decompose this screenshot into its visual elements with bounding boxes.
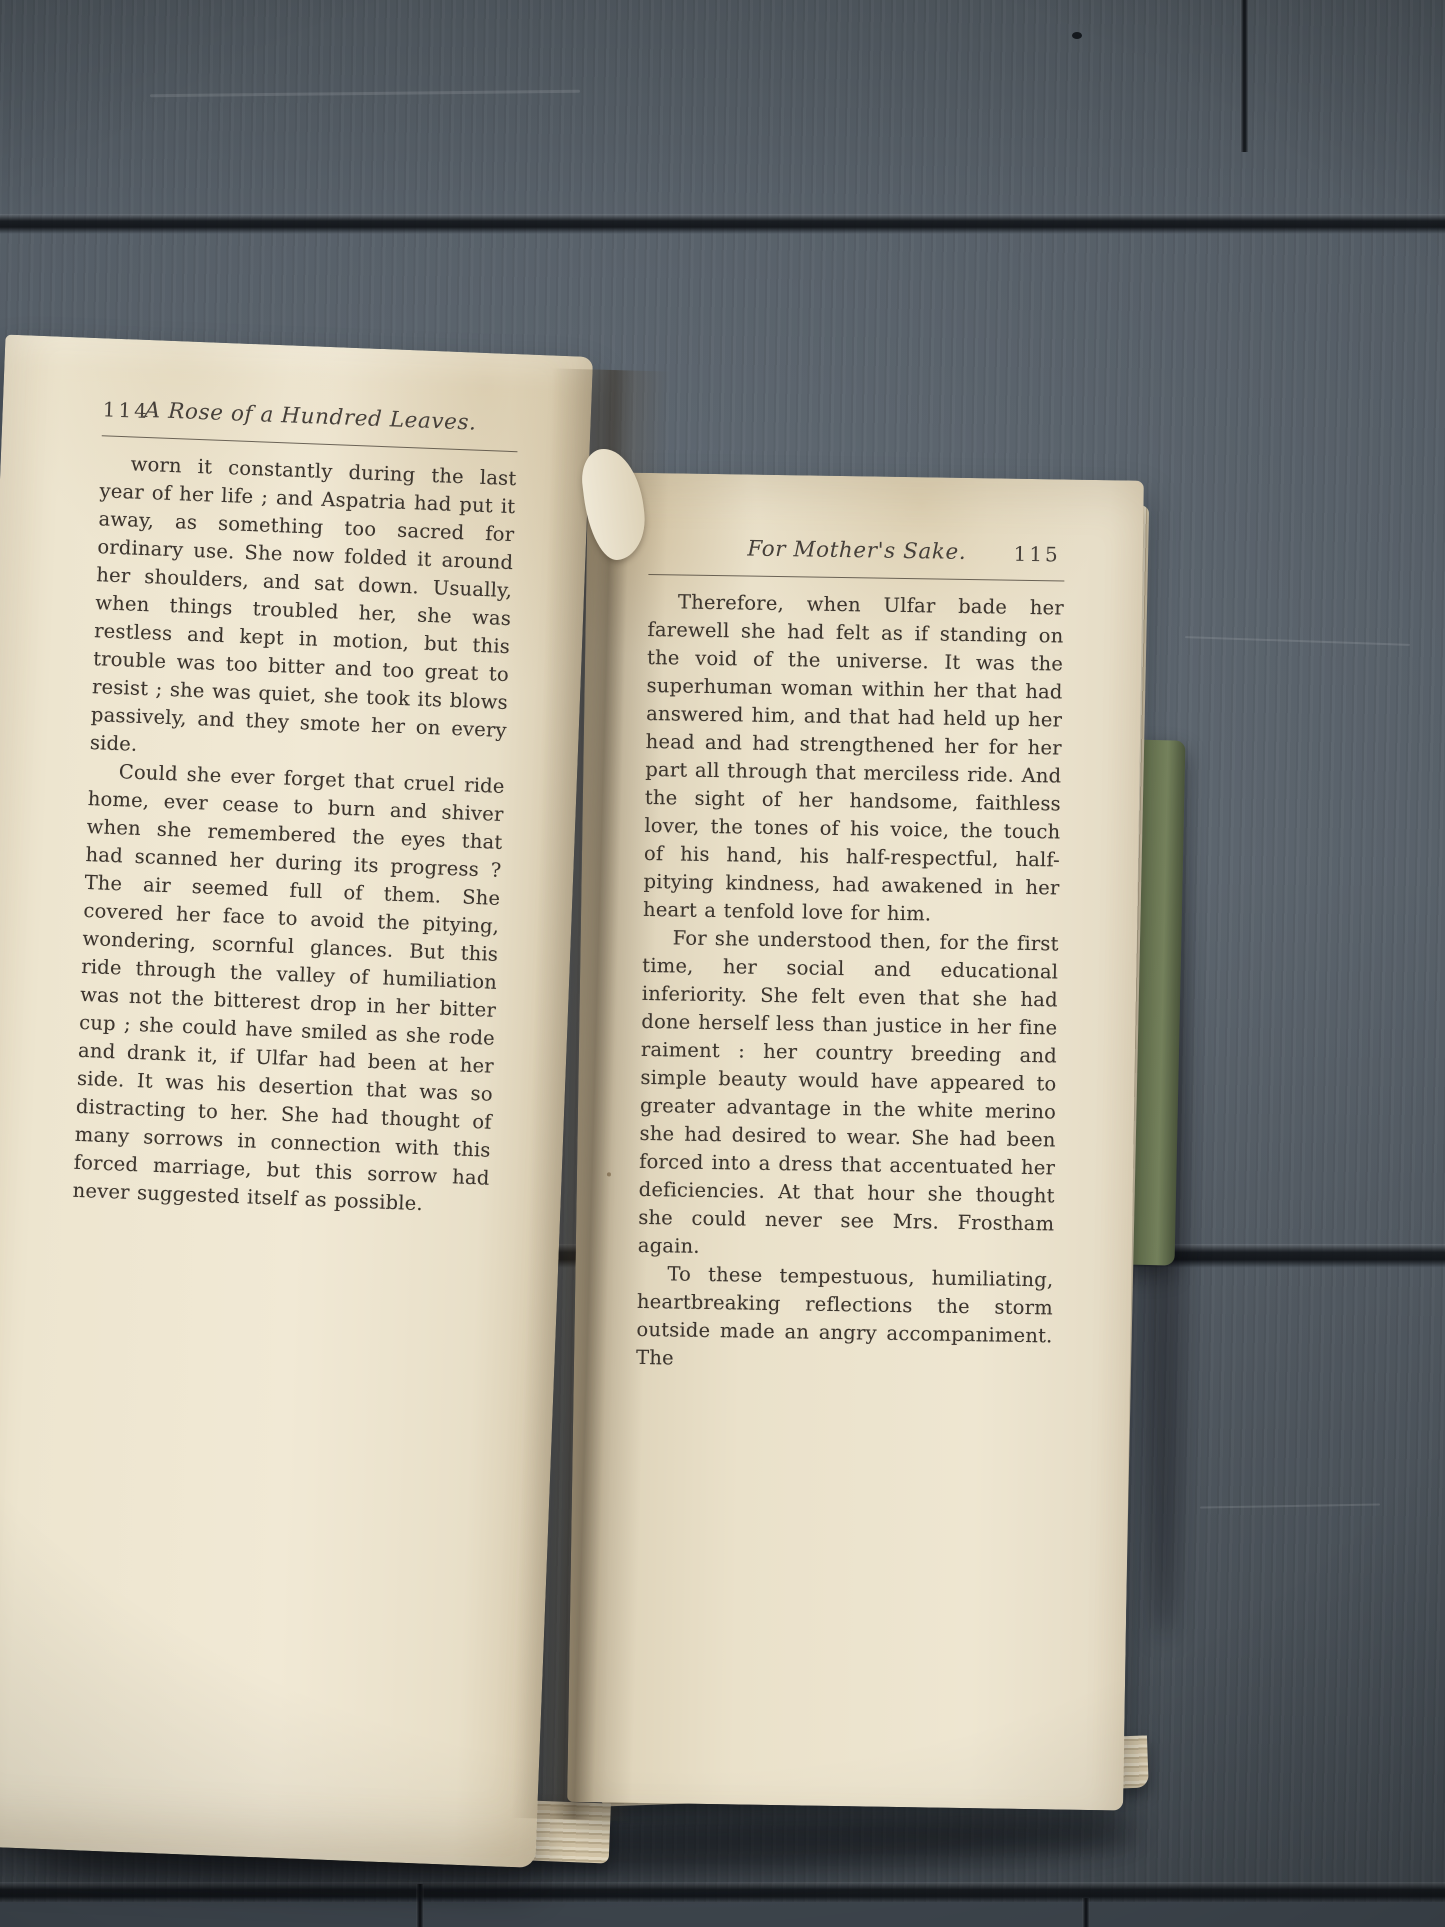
photo-scene: For Mother's Sake. 115 Therefore, when U… <box>0 0 1445 1927</box>
left-page-text: worn it constantly during the last year … <box>72 449 517 1220</box>
page-paragraph: Could she ever forget that cruel ride ho… <box>72 757 505 1221</box>
right-running-title: For Mother's Sake. <box>649 535 1065 567</box>
wood-knot <box>1072 32 1082 39</box>
page-paragraph: worn it constantly during the last year … <box>89 449 517 773</box>
right-page-header: For Mother's Sake. 115 <box>649 535 1065 574</box>
left-page-content: 114 A Rose of a Hundred Leaves. worn it … <box>0 334 593 1867</box>
page-paragraph: For she understood then, for the first t… <box>638 924 1059 1266</box>
page-paragraph: To these tempestuous, humiliating, heart… <box>636 1260 1054 1379</box>
right-page-number: 115 <box>1013 542 1061 567</box>
plank-seam <box>1082 1898 1090 1927</box>
plank-gap <box>0 214 1445 234</box>
plank-seam <box>1240 0 1249 152</box>
left-page-number: 114 <box>102 397 150 423</box>
wood-scratch <box>1200 1503 1380 1508</box>
wood-scratch <box>1185 636 1410 646</box>
book-right-page: For Mother's Sake. 115 Therefore, when U… <box>567 472 1144 1811</box>
wood-scratch <box>150 90 580 98</box>
page-paragraph: Therefore, when Ulfar bade her farewell … <box>643 588 1064 930</box>
header-rule <box>648 574 1064 582</box>
right-page-content: For Mother's Sake. 115 Therefore, when U… <box>567 472 1144 1811</box>
book-left-page: 114 A Rose of a Hundred Leaves. worn it … <box>0 334 593 1867</box>
left-running-title: A Rose of a Hundred Leaves. <box>102 396 519 437</box>
foxing-spot <box>607 1172 611 1176</box>
open-book: For Mother's Sake. 115 Therefore, when U… <box>0 330 1190 1895</box>
wood-plank <box>0 1902 1445 1927</box>
right-page-text: Therefore, when Ulfar bade her farewell … <box>636 588 1064 1378</box>
